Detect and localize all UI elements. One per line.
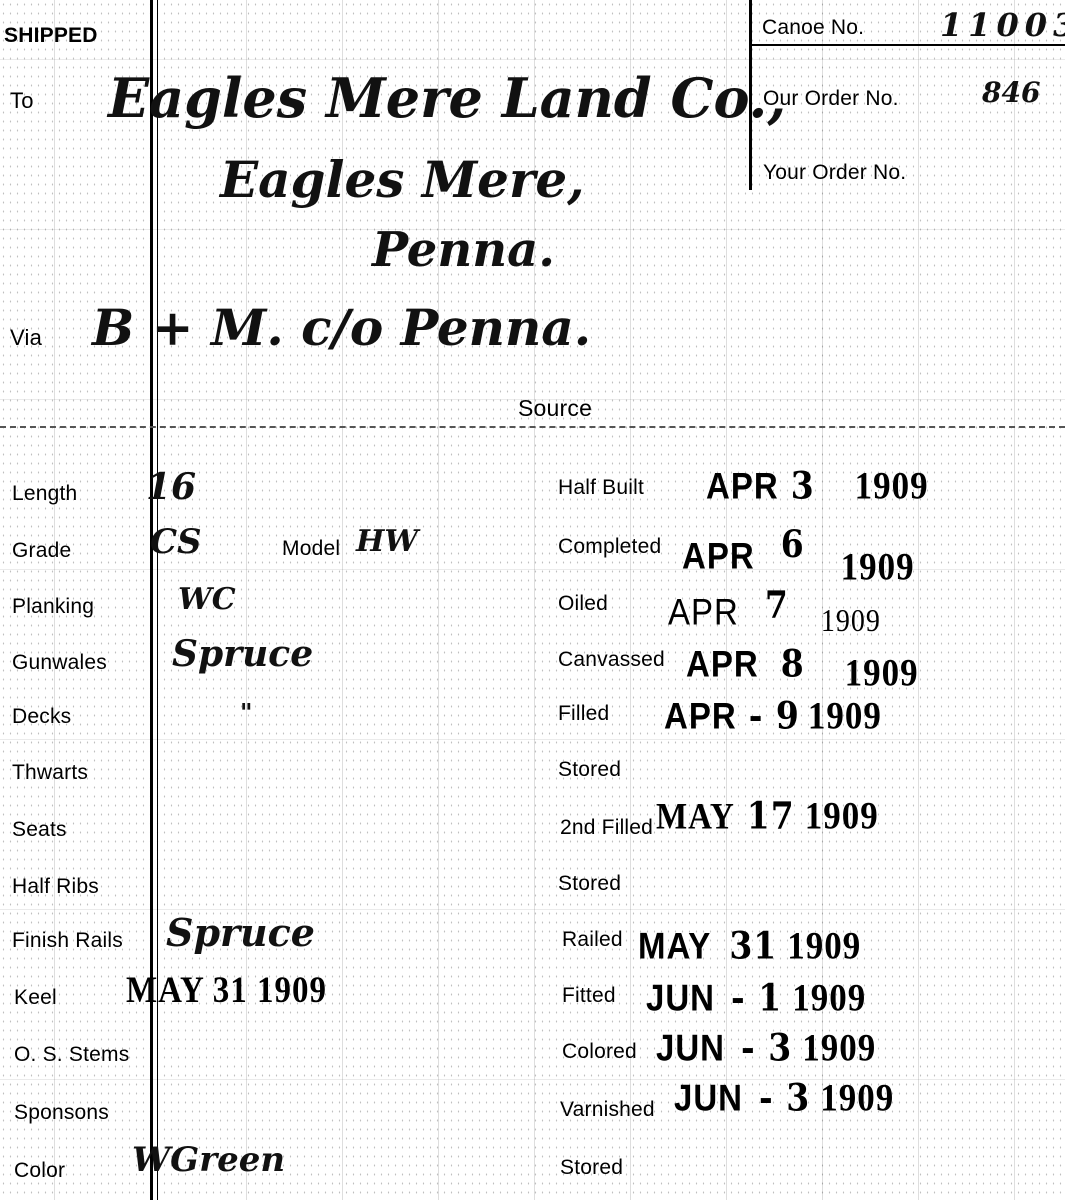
spec-label-seats: Seats [12,818,67,842]
stage-stamp-fitted: JUN- 11909 [646,976,866,1021]
stage-label-stored-1: Stored [558,758,621,782]
spec-label-length: Length [12,482,77,506]
spec-label-planking: Planking [12,595,94,619]
via-label: Via [10,325,42,351]
stage-label-colored: Colored [562,1040,637,1064]
to-label: To [10,88,34,114]
stage-label-canvassed: Canvassed [558,648,665,672]
spec-value-decks: " [240,698,253,727]
spec-value-keel-stamp: MAY 31 1909 [126,971,327,1012]
stage-stamp-half-built: APR31909 [706,464,929,509]
stage-stamp-2nd-filled: MAY171909 [656,794,879,839]
stage-label-fitted: Fitted [562,984,616,1008]
canoe-no-label: Canoe No. [762,16,864,40]
stage-label-oiled: Oiled [558,592,608,616]
stage-stamp-filled: APR- 91909 [664,694,882,739]
stage-label-2nd-filled: 2nd Filled [560,816,653,840]
stage-label-completed: Completed [558,535,661,559]
spec-value-grade: CS [150,522,202,562]
spec-label-gunwales: Gunwales [12,651,107,675]
spec-label-color: Color [14,1159,65,1183]
stage-stamp-canvassed: APR81909 [686,642,919,687]
stage-stamp-varnished: JUN- 31909 [674,1076,894,1121]
via-value: B + M. c/o Penna. [92,298,591,357]
spec-label-keel: Keel [14,986,57,1010]
your-order-label: Your Order No. [763,161,906,185]
stage-label-stored-2: Stored [558,872,621,896]
stage-stamp-oiled: APR71909 [668,590,881,634]
shipped-label: SHIPPED [4,24,98,48]
canoe-no-value: 11003 [940,6,1065,44]
model-label: Model [282,537,340,561]
spec-label-decks: Decks [12,705,71,729]
our-order-label: Our Order No. [763,87,899,111]
left-margin-rule [150,0,153,1200]
stage-label-railed: Railed [562,928,623,952]
stage-stamp-colored: JUN- 31909 [656,1026,876,1071]
stage-stamp-railed: MAY311909 [638,924,861,969]
to-line-3: Penna. [372,222,555,278]
spec-label-half-ribs: Half Ribs [12,875,99,899]
spec-value-color: WGreen [132,1140,285,1180]
spec-label-grade: Grade [12,539,71,563]
spec-label-sponsons: Sponsons [14,1101,109,1125]
left-margin-rule-thin [157,0,158,1200]
spec-value-planking: WC [178,582,236,617]
stage-label-varnished: Varnished [560,1098,655,1122]
source-divider [0,426,1065,428]
spec-label-finish-rails: Finish Rails [12,929,123,953]
spec-label-thwarts: Thwarts [12,761,88,785]
source-label: Source [518,395,592,422]
stage-label-stored-3: Stored [560,1156,623,1180]
spec-value-gunwales: Spruce [172,633,313,675]
spec-label-os-stems: O. S. Stems [14,1043,129,1067]
spec-value-length: 16 [146,466,196,508]
spec-value-finish-rails: Spruce [166,910,315,955]
stage-label-half-built: Half Built [558,476,644,500]
to-line-1: Eagles Mere Land Co., [108,66,786,130]
stage-label-filled: Filled [558,702,609,726]
our-order-value: 846 [982,76,1040,109]
stage-stamp-completed: APR61909 [682,534,915,579]
canoe-no-underline [752,44,1065,46]
model-value: HW [356,524,418,559]
to-line-2: Eagles Mere, [220,150,585,209]
